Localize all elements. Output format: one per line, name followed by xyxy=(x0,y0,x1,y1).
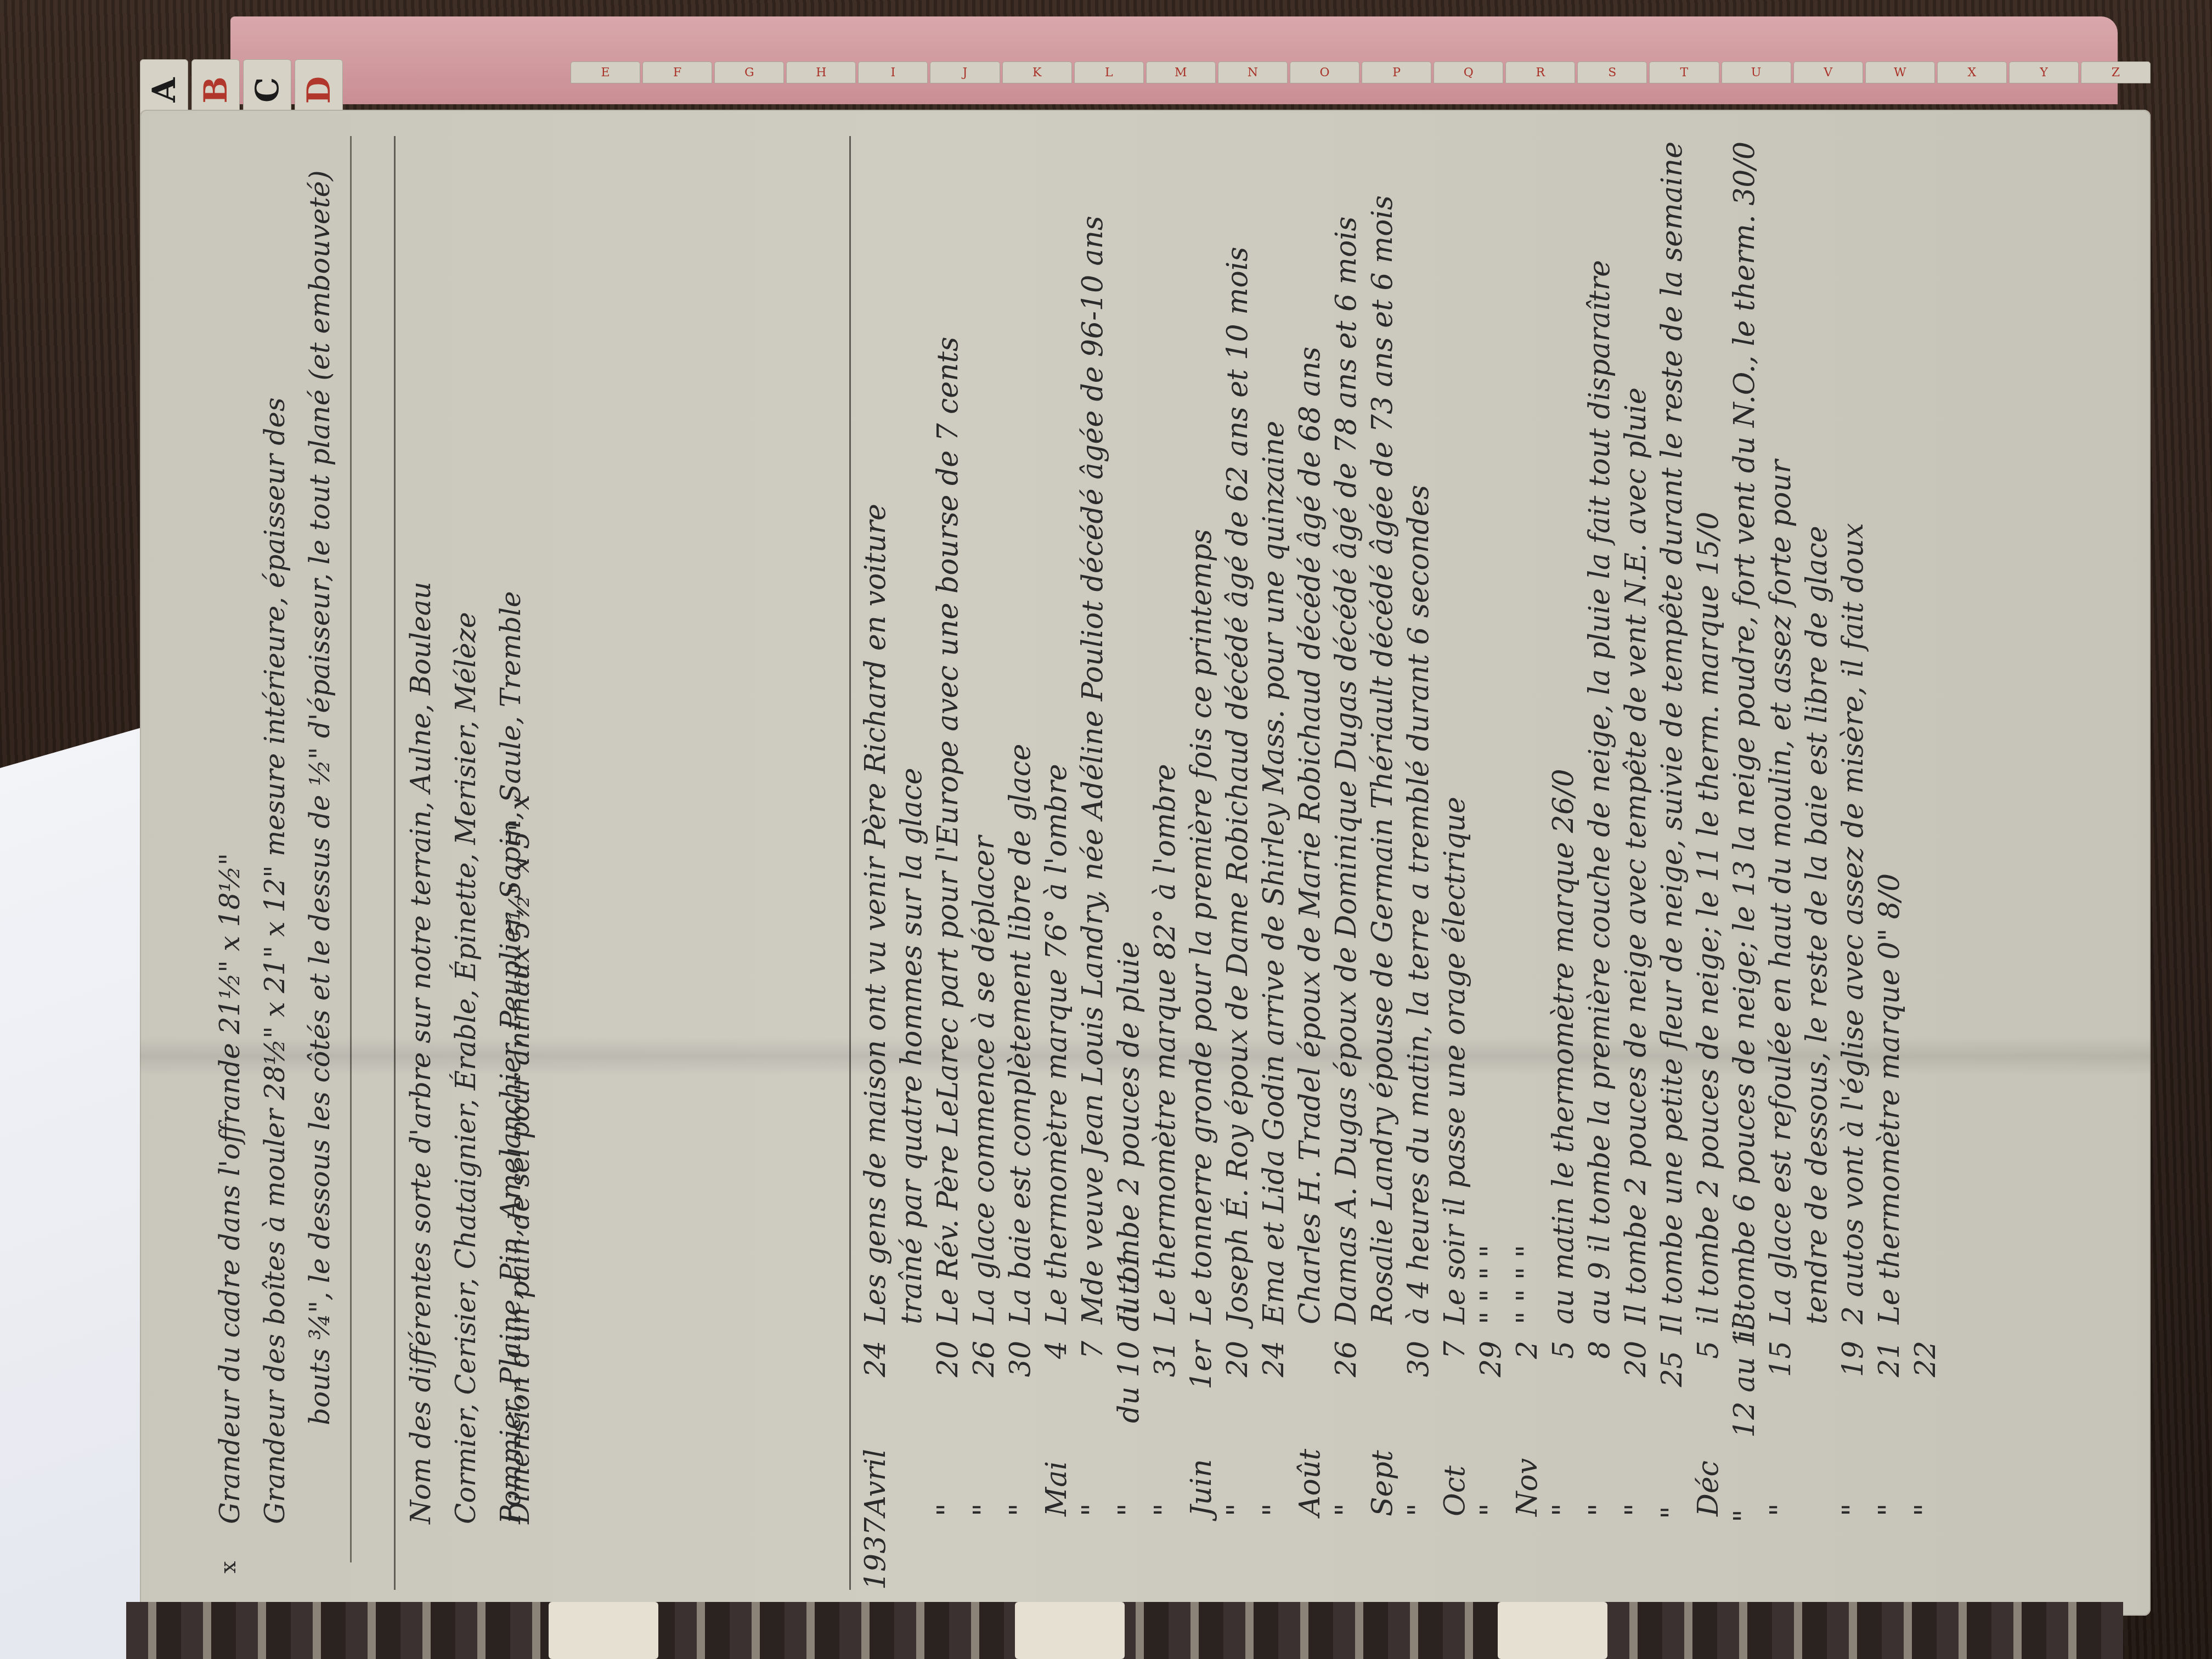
measurements-header: Grandeur du cadre dans l'offrande 21½" x… xyxy=(207,153,342,1524)
header-line: Grandeur des boîtes à mouler 28½" x 21" … xyxy=(252,153,297,1524)
journal-entry: "21Le thermomètre marque 0" 8/0 xyxy=(1871,142,1908,1590)
index-tab-stub[interactable]: F xyxy=(642,61,712,83)
journal-entry: "25Il tombe une petite fleur de neige, s… xyxy=(1654,142,1690,1590)
journal-entry: "22 xyxy=(1908,142,1944,1590)
index-tab-stub[interactable]: S xyxy=(1577,61,1647,83)
index-tab-stub[interactable]: M xyxy=(1146,61,1216,83)
index-tab-stub[interactable]: R xyxy=(1505,61,1575,83)
index-tab-stub[interactable]: E xyxy=(571,61,640,83)
index-tab-stub[interactable]: N xyxy=(1218,61,1288,83)
journal-entry: "26Damas A. Dugas époux de Dominique Dug… xyxy=(1328,142,1364,1590)
index-tab-stub[interactable]: W xyxy=(1865,61,1935,83)
ledger-page: x Grandeur du cadre dans l'offrande 21½"… xyxy=(140,110,2151,1616)
dimension-note: Dimension d'un pain de sel pour animaux … xyxy=(504,794,535,1524)
journal-entry: "30à 4 heures du matin, la terre a tremb… xyxy=(1401,142,1437,1590)
index-tab-stub[interactable]: U xyxy=(1722,61,1791,83)
index-tab-stub[interactable]: T xyxy=(1649,61,1719,83)
index-tab-stub[interactable]: K xyxy=(1002,61,1072,83)
index-tab-stub[interactable]: L xyxy=(1074,61,1144,83)
index-tab-stub[interactable]: V xyxy=(1793,61,1863,83)
index-tab-stub[interactable]: P xyxy=(1362,61,1431,83)
page-rule xyxy=(394,136,396,1590)
header-line: Grandeur du cadre dans l'offrande 21½" x… xyxy=(207,153,252,1524)
journal-entry: "5au matin le thermomètre marque 26/0 xyxy=(1545,142,1582,1590)
journal-entry: Mai4Le thermomètre marque 76° à l'ombre xyxy=(1039,142,1075,1590)
white-paper-sheet xyxy=(0,724,154,1659)
header-line: bouts ¾", le dessous les côtés et le des… xyxy=(297,153,342,1524)
index-tab-stub[interactable]: G xyxy=(714,61,784,83)
journal-entry: tendre de dessous, le reste de la baie e… xyxy=(1799,142,1835,1590)
journal-entry: Nov2" " " " xyxy=(1509,142,1545,1590)
margin-mark: x xyxy=(216,1561,241,1573)
journal-entry: "26La glace commence à se déplacer xyxy=(966,142,1002,1590)
journal-entry: Oct7Le soir il passe une orage électriqu… xyxy=(1437,142,1473,1590)
journal-entry: "8au 9 il tombe la première couche de ne… xyxy=(1582,142,1618,1590)
journal-entries: 1937Avril24Les gens de maison ont vu ven… xyxy=(857,142,1944,1590)
journal-entry: "24Ema et Lida Godin arrive de Shirley M… xyxy=(1256,142,1292,1590)
journal-entry: traîné par quatre hommes sur la glace xyxy=(894,142,930,1590)
index-tab-stub[interactable]: Q xyxy=(1434,61,1503,83)
page-rule xyxy=(350,136,352,1562)
journal-entry: "31Le thermomètre marque 82° à l'ombre xyxy=(1147,142,1183,1590)
index-tab-stub[interactable]: O xyxy=(1290,61,1359,83)
binding-clip xyxy=(1015,1602,1125,1659)
binding-clip xyxy=(549,1602,658,1659)
journal-entry: AoûtCharles H. Tradel époux de Marie Rob… xyxy=(1292,142,1328,1590)
hidden-index-tabs: E F G H I J K L M N O P Q R S T U V W X … xyxy=(571,61,2151,83)
journal-entry: Juin1erLe tonnerre gronde pour la premiè… xyxy=(1183,142,1220,1590)
journal-entry: "15La glace est refoulée en haut du moul… xyxy=(1763,142,1799,1590)
journal-entry: "20Le Rév. Père LeLarec part pour l'Euro… xyxy=(930,142,966,1590)
index-tab-stub[interactable]: X xyxy=(1937,61,2007,83)
journal-entry: "29" " " " xyxy=(1473,142,1509,1590)
species-line: Nom des différentes sorte d'arbre sur no… xyxy=(398,153,443,1524)
index-tab-stub[interactable]: Y xyxy=(2009,61,2079,83)
journal-entry: "du 10 au 11Il tombe 2 pouces de pluie xyxy=(1111,142,1147,1590)
journal-entry: 1937Avril24Les gens de maison ont vu ven… xyxy=(857,142,894,1590)
journal-entry: "20Il tombe 2 pouces de neige avec tempê… xyxy=(1618,142,1654,1590)
index-tab-stub[interactable]: H xyxy=(786,61,856,83)
index-tab-stub[interactable]: J xyxy=(930,61,1000,83)
rotated-page-content: x Grandeur du cadre dans l'offrande 21½"… xyxy=(169,136,2122,1590)
index-tab-stub[interactable]: Z xyxy=(2081,61,2151,83)
pink-blotter xyxy=(230,16,2118,104)
journal-entry: Déc5il tombe 2 pouces de neige; le 11 le… xyxy=(1690,142,1726,1590)
journal-entry: "192 autos vont à l'église avec assez de… xyxy=(1835,142,1871,1590)
binding-clip xyxy=(1498,1602,1607,1659)
journal-entry: "7Mde veuve Jean Louis Landry, née Adéli… xyxy=(1075,142,1111,1590)
index-tab-stub[interactable]: I xyxy=(858,61,928,83)
book-binding xyxy=(126,1602,2123,1659)
journal-entry: SeptRosalie Landry épouse de Germain Thé… xyxy=(1364,142,1401,1590)
journal-entry: "20Joseph É. Roy époux de Dame Robichaud… xyxy=(1220,142,1256,1590)
page-rule xyxy=(849,136,851,1590)
species-line: Cormier, Cerisier, Chataignier, Érable, … xyxy=(443,153,488,1524)
journal-entry: "12 au 13il tombe 6 pouces de neige; le … xyxy=(1726,142,1763,1590)
journal-entry: "30La baie est complètement libre de gla… xyxy=(1002,142,1039,1590)
